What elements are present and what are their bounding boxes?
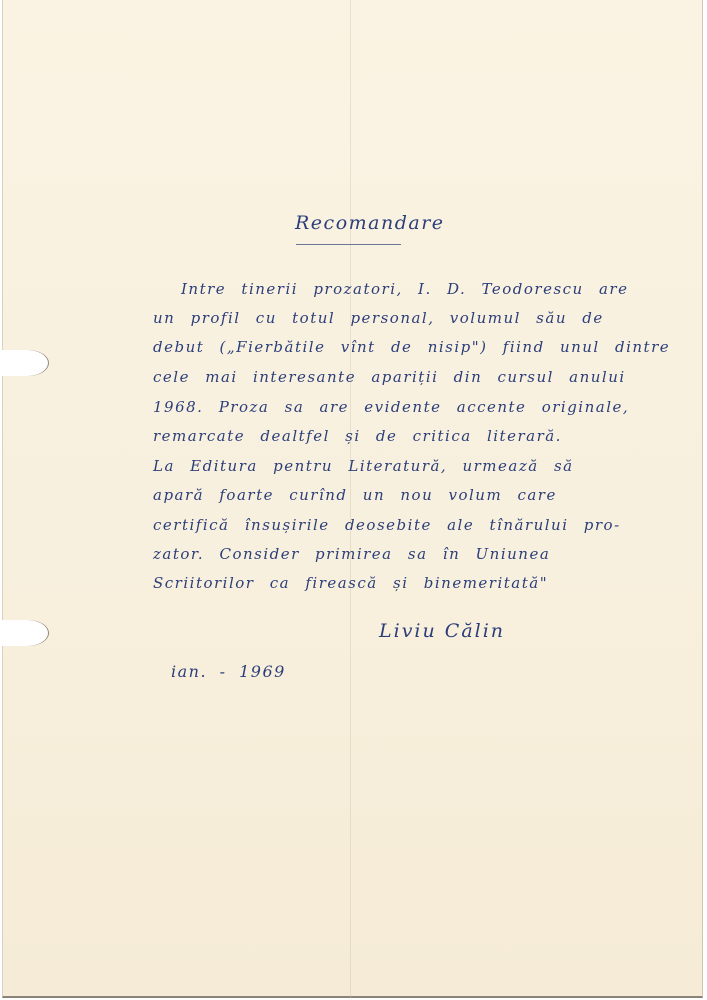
body-line-9: certifică însușirile deosebite ale tînăr… <box>153 516 621 534</box>
title-underline <box>296 244 401 245</box>
signature: Liviu Călin <box>379 620 505 642</box>
body-line-8: apară foarte curînd un nou volum care <box>153 486 557 504</box>
body-line-3: debut („Fierbătile vînt de nisip") fiind… <box>153 338 670 356</box>
body-line-5: 1968. Proza sa are evidente accente orig… <box>153 398 629 416</box>
body-line-6: remarcate dealtfel și de critica literar… <box>153 427 562 445</box>
body-line-10: zator. Consider primirea sa în Uniunea <box>153 545 550 563</box>
body-line-2: un profil cu totul personal, volumul său… <box>153 309 604 327</box>
body-line-4: cele mai interesante apariții din cursul… <box>153 368 626 386</box>
letter-paper: Recomandare Intre tinerii prozatori, I. … <box>2 0 703 998</box>
letter-date: ian. - 1969 <box>171 662 286 681</box>
punch-hole-lower <box>0 620 49 646</box>
letter-title: Recomandare <box>295 212 445 234</box>
body-line-11: Scriitorilor ca firească și binemeritată… <box>153 574 548 592</box>
body-line-7: La Editura pentru Literatură, urmează să <box>153 457 574 475</box>
punch-hole-upper <box>0 350 49 376</box>
body-line-1: Intre tinerii prozatori, I. D. Teodoresc… <box>181 280 628 298</box>
